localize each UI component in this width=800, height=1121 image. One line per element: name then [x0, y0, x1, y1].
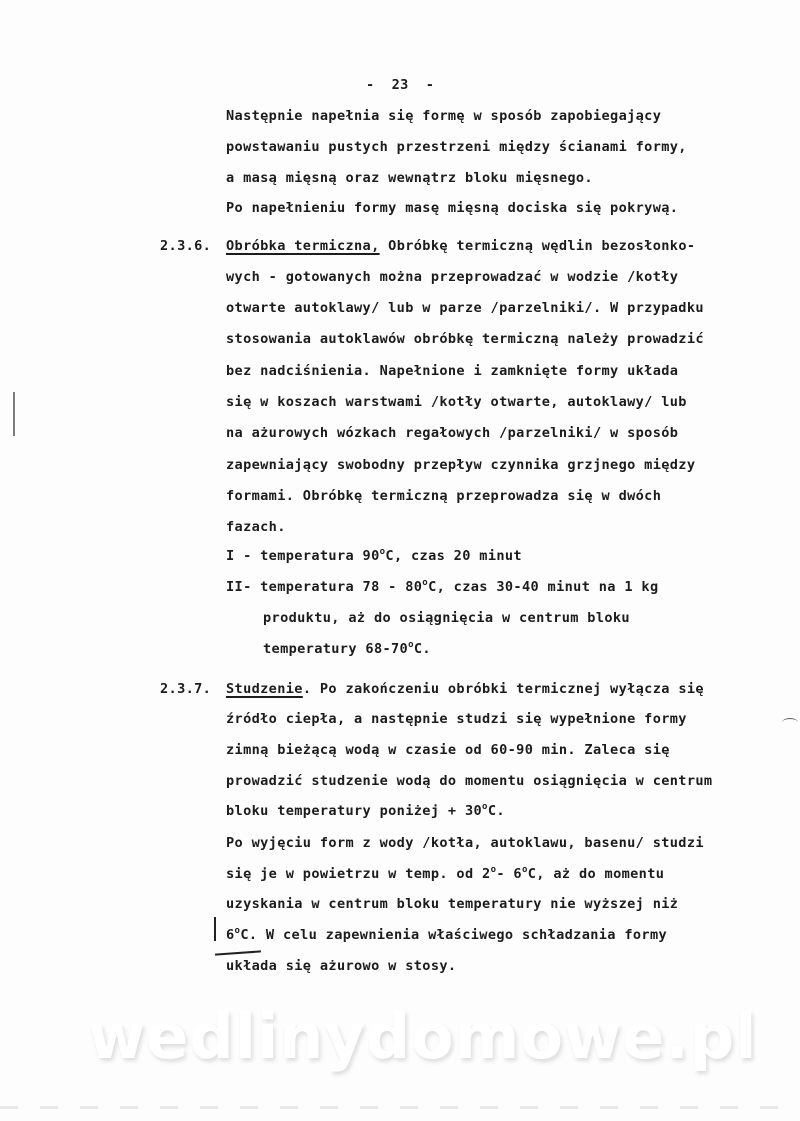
- section-number-236: 2.3.6.: [160, 237, 211, 255]
- margin-mark: [13, 392, 15, 436]
- phase-1: I - temperatura 90oC, czas 20 minut: [226, 547, 522, 565]
- intro-line: powstawaniu pustych przestrzeni między ś…: [226, 138, 687, 156]
- section-237-line: bloku temperatury poniżej + 30oC.: [226, 802, 505, 820]
- section-237-line: zimną bieżącą wodą w czasie od 60-90 min…: [226, 741, 670, 759]
- section-237-para2-line: 6oC. W celu zapewnienia właściwego schła…: [226, 926, 667, 944]
- section-237-text: C, aż do momentu: [528, 866, 665, 882]
- document-page: - 23 - Następnie napełnia się formę w sp…: [0, 0, 800, 1121]
- section-236-line: zapewniający swobodny przepływ czynnika …: [226, 456, 695, 474]
- intro-line: a masą mięsną oraz wewnątrz bloku mięsne…: [226, 169, 593, 187]
- scan-edge-noise: [0, 1106, 800, 1109]
- phase-1-text: C, czas 20 minut: [385, 548, 522, 564]
- section-237-para2-line: się je w powietrzu w temp. od 2o- 6oC, a…: [226, 865, 664, 883]
- section-237-first-line-text: . Po zakończeniu obróbki termicznej wyłą…: [303, 681, 704, 697]
- phase-2-text: temperatura 78 - 80: [252, 579, 423, 595]
- section-236-line: stosowania autoklawów obróbkę termiczną …: [226, 330, 704, 348]
- section-236-line: wych - gotowanych można przeprowadzać w …: [226, 268, 678, 286]
- section-236-first-line-text: Obróbkę termiczną wędlin bezosłonko-: [380, 238, 696, 254]
- edge-mark: [782, 718, 798, 727]
- section-236-first-line: Obróbka termiczna, Obróbkę termiczną węd…: [226, 237, 695, 255]
- intro-line: Następnie napełnia się formę w sposób za…: [226, 107, 661, 125]
- section-number-237: 2.3.7.: [160, 680, 211, 698]
- section-237-text: - 6: [496, 866, 522, 882]
- section-236-line: fazach.: [226, 518, 286, 536]
- section-237-para2-line: uzyskania w centrum bloku temperatury ni…: [226, 895, 678, 913]
- section-237-line: prowadzić studzenie wodą do momentu osią…: [226, 772, 712, 790]
- section-236-line: bez nadciśnienia. Napełnione i zamknięte…: [226, 362, 678, 380]
- watermark: wedlinydomowe.pl: [88, 1000, 757, 1073]
- section-237-text: się je w powietrzu w temp. od 2: [226, 866, 491, 882]
- section-237-text: bloku temperatury poniżej + 30: [226, 803, 482, 819]
- section-236-line: się w koszach warstwami /kotły otwarte, …: [226, 393, 687, 411]
- pen-mark: [214, 917, 216, 941]
- section-236-line: na ażurowych wózkach regałowych /parzeln…: [226, 424, 678, 442]
- section-237-para2-line: układa się ażurowo w stosy.: [226, 957, 456, 975]
- section-237-title: Studzenie: [226, 681, 303, 697]
- phase-2-cont: produktu, aż do osiągnięcia w centrum bl…: [263, 609, 630, 627]
- phase-2-label: II-: [226, 579, 252, 595]
- phase-2-last: temperatury 68-70oC.: [263, 640, 431, 658]
- section-237-text: C. W celu zapewnienia właściwego schładz…: [240, 927, 667, 943]
- section-236-line: formami. Obróbkę termiczną przeprowadza …: [226, 487, 661, 505]
- section-236-line: otwarte autoklawy/ lub w parze /parzelni…: [226, 299, 704, 317]
- phase-2: II- temperatura 78 - 80oC, czas 30-40 mi…: [226, 578, 659, 596]
- section-237-para2-line: Po wyjęciu form z wody /kotła, autoklawu…: [226, 834, 704, 852]
- phase-1-text: temperatura 90: [252, 548, 380, 564]
- page-number: - 23 -: [366, 76, 434, 94]
- section-237-first-line: Studzenie. Po zakończeniu obróbki termic…: [226, 680, 704, 698]
- section-237-text: 6: [226, 927, 235, 943]
- section-237-line: źródło ciepła, a następnie studzi się wy…: [226, 710, 687, 728]
- phase-1-label: I -: [226, 548, 252, 564]
- section-236-title: Obróbka termiczna,: [226, 238, 380, 254]
- phase-2-text: C, czas 30-40 minut na 1 kg: [428, 579, 658, 595]
- section-237-text: C.: [488, 803, 505, 819]
- pen-underline-mark: [215, 950, 261, 955]
- phase-2-text: temperatury 68-70: [263, 641, 408, 657]
- intro-line: Po napełnieniu formy masę mięsną dociska…: [226, 199, 678, 217]
- phase-2-text: C.: [414, 641, 431, 657]
